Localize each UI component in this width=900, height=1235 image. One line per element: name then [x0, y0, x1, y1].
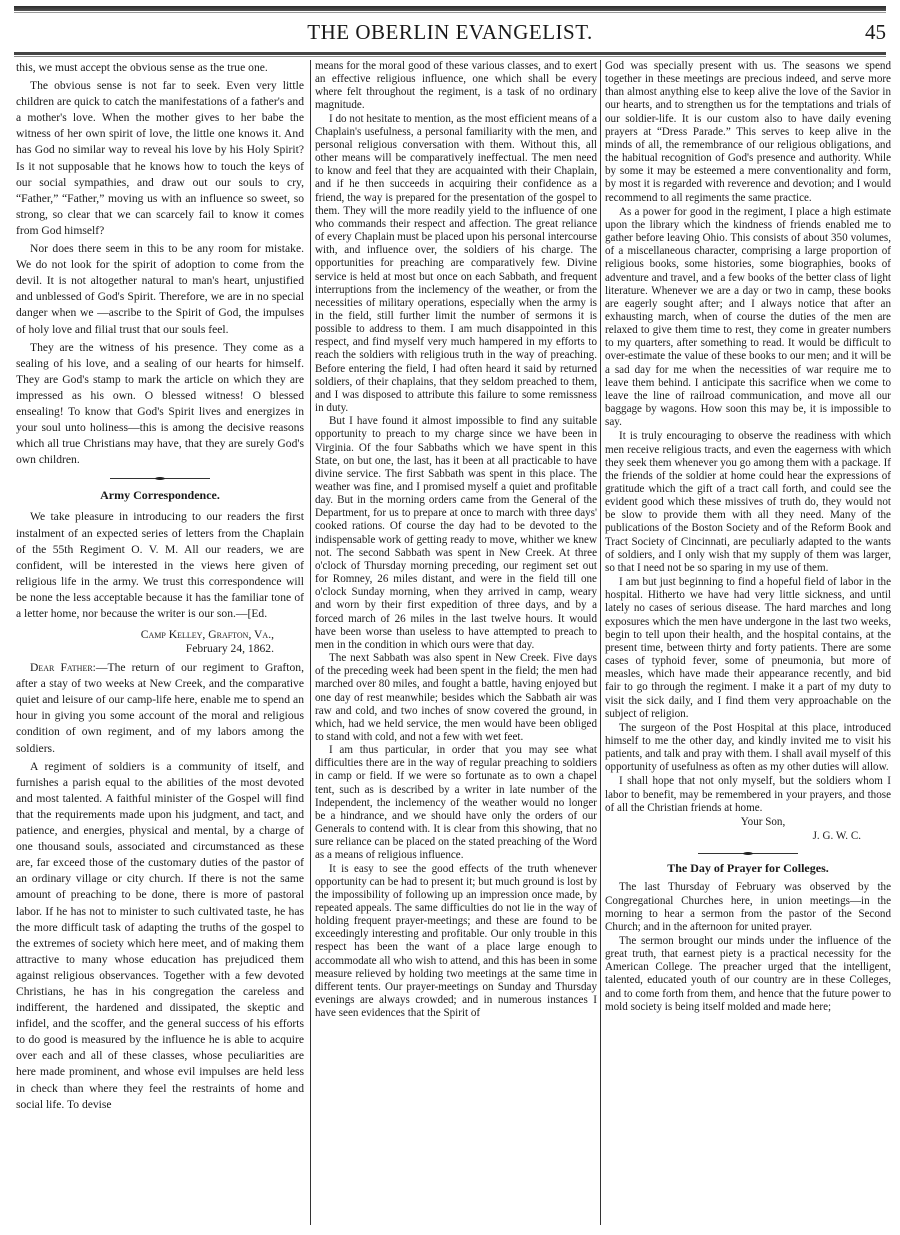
editor-intro: We take pleasure in introducing to our r… [16, 509, 304, 622]
paragraph: It is easy to see the good effects of th… [315, 863, 597, 1021]
paragraph: A regiment of soldiers is a community of… [16, 759, 304, 1113]
paragraph: Nor does there seem in this to be any ro… [16, 241, 304, 338]
top-rule [14, 6, 886, 11]
letter-opening-text: —The return of our regiment to Grafton, … [16, 661, 304, 754]
paragraph: I am thus particular, in order that you … [315, 744, 597, 862]
newspaper-title: THE OBERLIN EVANGELIST. [14, 20, 886, 45]
paragraph: It is truly encouraging to observe the r… [605, 430, 891, 575]
dateline-place: Camp Kelley, Grafton, Va., [16, 628, 274, 642]
paragraph: They are the witness of his presence. Th… [16, 340, 304, 469]
paragraph: But I have found it almost impossible to… [315, 415, 597, 652]
top-rule-thin [14, 12, 886, 13]
masthead: THE OBERLIN EVANGELIST. 45 [14, 18, 886, 44]
paragraph: I do not hesitate to mention, as the mos… [315, 113, 597, 416]
column-3: God was specially present with us. The s… [600, 60, 891, 1225]
paragraph: The sermon brought our minds under the i… [605, 935, 891, 1014]
salutation: Dear Father: [30, 661, 96, 674]
column-2: means for the moral good of these variou… [310, 60, 597, 1225]
paragraph: The surgeon of the Post Hospital at this… [605, 722, 891, 775]
column-1: this, we must accept the obvious sense a… [16, 60, 304, 1225]
paragraph: means for the moral good of these variou… [315, 60, 597, 113]
section-heading-army-correspondence: Army Correspondence. [16, 487, 304, 503]
paragraph: As a power for good in the regiment, I p… [605, 206, 891, 430]
paragraph: The last Thursday of February was observ… [605, 881, 891, 934]
letter-closing: Your Son, [605, 816, 891, 829]
paragraph: I am but just beginning to find a hopefu… [605, 576, 891, 721]
paragraph: this, we must accept the obvious sense a… [16, 60, 304, 76]
letter-dateline: Camp Kelley, Grafton, Va., February 24, … [16, 628, 274, 656]
dateline-date: February 24, 1862. [16, 642, 274, 656]
header-rule [14, 52, 886, 55]
page-columns: this, we must accept the obvious sense a… [16, 60, 888, 1225]
header-rule-thin [14, 56, 886, 57]
page-number: 45 [865, 20, 886, 45]
letter-opening: Dear Father:—The return of our regiment … [16, 660, 304, 757]
letter-signature: J. G. W. C. [605, 830, 861, 843]
section-divider [110, 478, 210, 479]
section-heading-day-of-prayer: The Day of Prayer for Colleges. [605, 862, 891, 875]
paragraph: God was specially present with us. The s… [605, 60, 891, 205]
section-divider [698, 853, 798, 854]
paragraph: I shall hope that not only myself, but t… [605, 775, 891, 814]
paragraph: The next Sabbath was also spent in New C… [315, 652, 597, 744]
paragraph: The obvious sense is not far to seek. Ev… [16, 78, 304, 239]
